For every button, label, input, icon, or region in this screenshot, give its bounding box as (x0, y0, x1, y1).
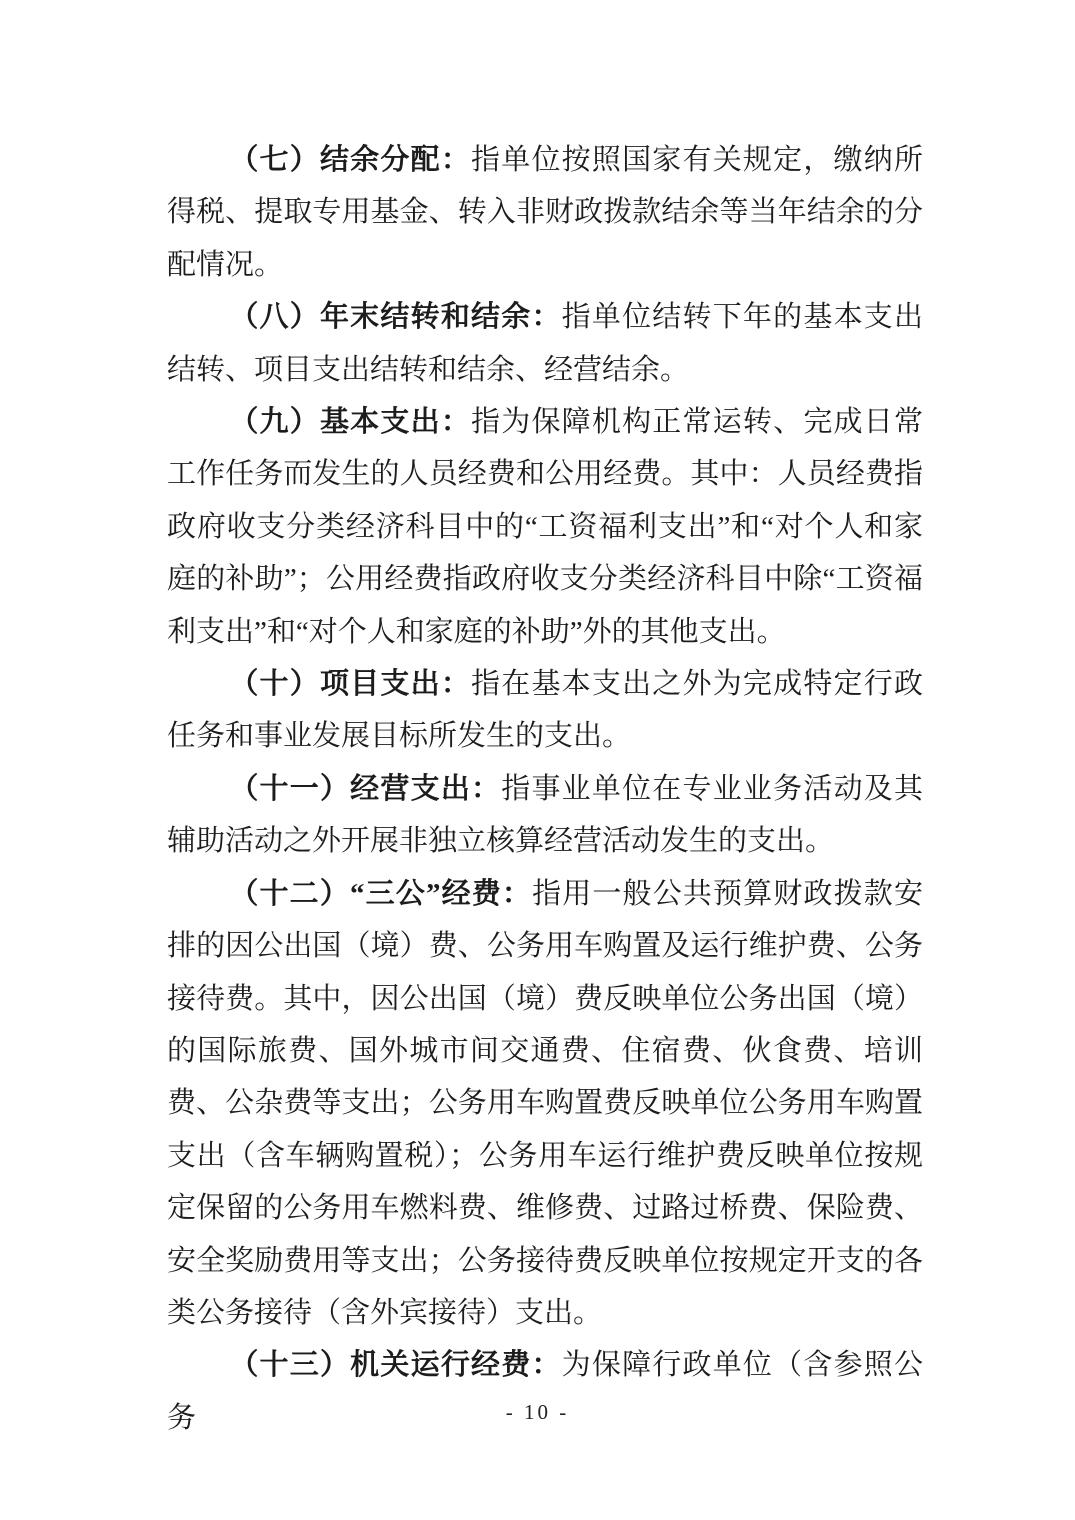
paragraph-7-balance-distribution: （七）结余分配：指单位按照国家有关规定，缴纳所得税、提取专用基金、转入非财政拨款… (167, 134, 923, 291)
paragraph-12-three-public-funds: （十二）“三公”经费：指用一般公共预算财政拨款安排的因公出国（境）费、公务用车购… (167, 868, 923, 1340)
paragraph-11-operating-expenditure: （十一）经营支出：指事业单位在专业业务活动及其辅助活动之外开展非独立核算经营活动… (167, 763, 923, 868)
document-page: （七）结余分配：指单位按照国家有关规定，缴纳所得税、提取专用基金、转入非财政拨款… (0, 0, 1075, 1520)
paragraph-10-project-expenditure: （十）项目支出：指在基本支出之外为完成特定行政任务和事业发展目标所发生的支出。 (167, 658, 923, 763)
page-number: - 10 - (0, 1400, 1075, 1425)
paragraph-text: 指为保障机构正常运转、完成日常工作任务而发生的人员经费和公用经费。其中：人员经费… (167, 406, 923, 648)
paragraph-lead: （七）结余分配： (229, 144, 471, 176)
paragraph-text: 指用一般公共预算财政拨款安排的因公出国（境）费、公务用车购置及运行维护费、公务接… (167, 878, 923, 1329)
paragraph-lead: （十）项目支出： (229, 668, 471, 700)
paragraph-lead: （八）年末结转和结余： (229, 301, 561, 333)
paragraph-lead: （十二）“三公”经费： (229, 878, 532, 910)
paragraph-lead: （十一）经营支出： (229, 773, 501, 805)
paragraph-9-basic-expenditure: （九）基本支出：指为保障机构正常运转、完成日常工作任务而发生的人员经费和公用经费… (167, 396, 923, 658)
paragraph-lead: （九）基本支出： (229, 406, 471, 438)
paragraph-13-agency-operating-funds: （十三）机关运行经费：为保障行政单位（含参照公务 (167, 1339, 923, 1444)
paragraph-8-year-end-carryover: （八）年末结转和结余：指单位结转下年的基本支出结转、项目支出结转和结余、经营结余… (167, 291, 923, 396)
paragraph-lead: （十三）机关运行经费： (229, 1349, 561, 1381)
document-body: （七）结余分配：指单位按照国家有关规定，缴纳所得税、提取专用基金、转入非财政拨款… (167, 134, 923, 1444)
